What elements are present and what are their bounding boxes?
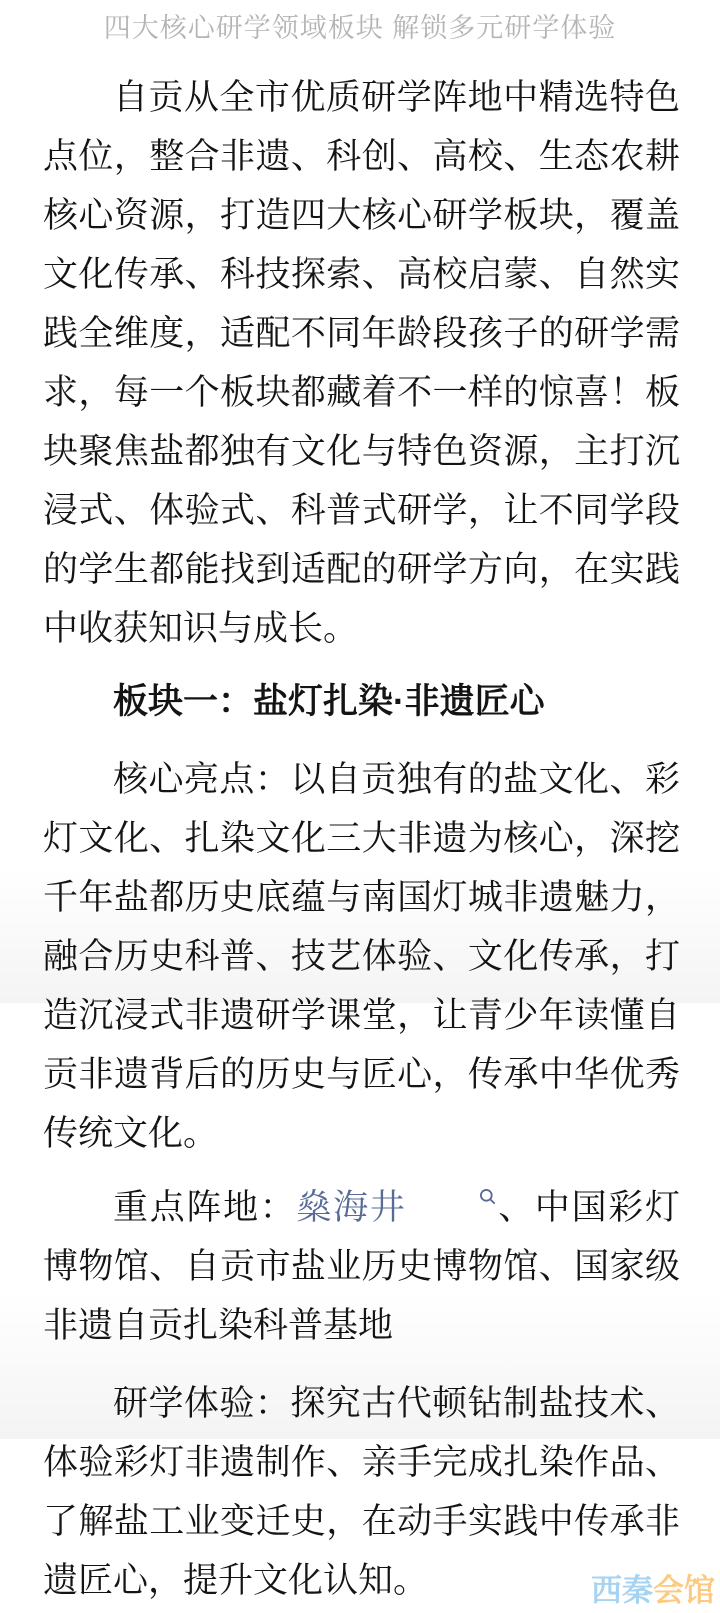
bases-prefix-label: 重点阵地： — [113, 1188, 296, 1227]
search-icon[interactable] — [407, 1178, 497, 1237]
article-subtitle: 四大核心研学领域板块 解锁多元研学体验 — [0, 0, 720, 46]
article-page: 四大核心研学领域板块 解锁多元研学体验 自贡从全市优质研学阵地中精选特色点位，整… — [0, 0, 720, 1613]
watermark: 西秦会馆 — [591, 1572, 715, 1609]
highlights-paragraph: 核心亮点：以自贡独有的盐文化、彩灯文化、扎染文化三大非遗为核心，深挖千年盐都历史… — [0, 750, 720, 1163]
section-heading: 板块一：盐灯扎染·非遗匠心 — [0, 672, 720, 731]
keyword-link-label: 燊海井 — [296, 1188, 406, 1227]
intro-paragraph: 自贡从全市优质研学阵地中精选特色点位，整合非遗、科创、高校、生态农耕核心资源，打… — [0, 68, 720, 658]
bases-paragraph: 重点阵地：燊海井、中国彩灯博物馆、自贡市盐业历史博物馆、国家级非遗自贡扎染科普基… — [0, 1178, 720, 1355]
article-content: 四大核心研学领域板块 解锁多元研学体验 自贡从全市优质研学阵地中精选特色点位，整… — [0, 0, 720, 1610]
keyword-search-link[interactable]: 燊海井 — [296, 1188, 496, 1227]
watermark-text-blue: 西秦 — [591, 1573, 653, 1608]
watermark-text-orange: 会馆 — [653, 1573, 715, 1608]
